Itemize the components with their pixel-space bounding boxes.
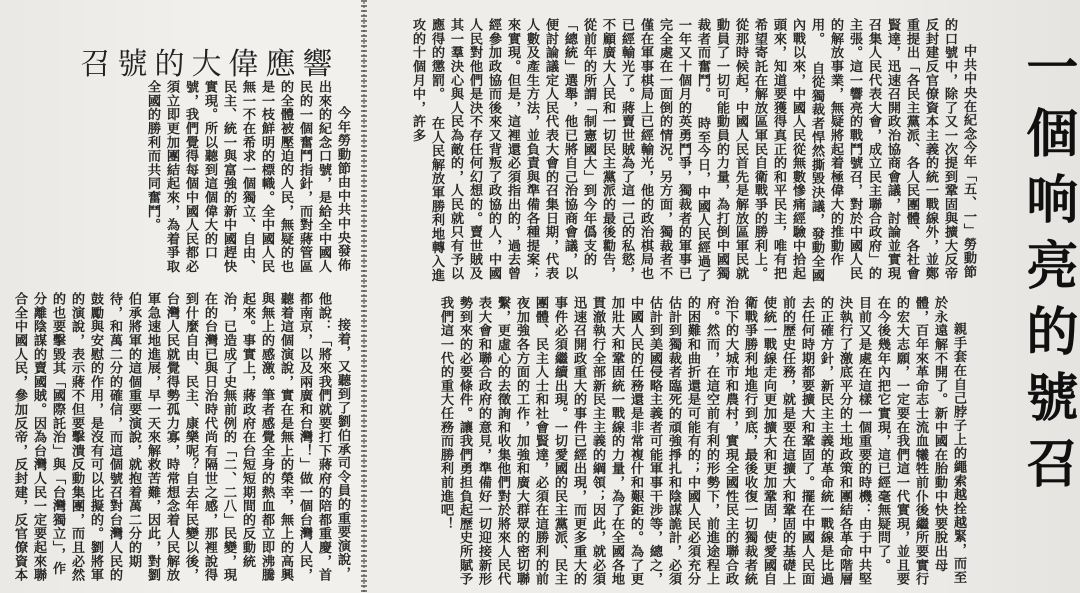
article-resounding-call: 中共中央在紀念今年「五、一」勞動節的口號中，除了又一次提到鞏固與擴大反帝反封建反…: [368, 0, 1080, 593]
article-body-upper: 今年勞動節由中共中央發佈出來的紀念口號，是給全中國人民的一個奮鬥指針，而對蔣管區…: [12, 80, 352, 285]
paragraph: 今年勞動節由中共中央發佈出來的紀念口號，是給全中國人民的一個奮鬥指針，而對蔣管區…: [143, 80, 352, 285]
paragraph: 接着，又聽到了劉伯承司令員的重要演說，他說：「將來我們就要打下蔣府的陪都重慶，首…: [12, 292, 352, 582]
paragraph: 親手套在自己脖子上的繩索越拴越緊，而至於永遠解不開了。新中國在胎動中快要脫出母體…: [436, 296, 968, 586]
article-title: 召號的大偉應響: [70, 39, 350, 83]
paragraph: 中共中央在紀念今年「五、一」勞動節的口號中，除了又一次提到鞏固與擴大反帝反封建反…: [408, 18, 978, 286]
column-divider-inner: [363, 0, 365, 593]
newspaper-page: 召號的大偉應響 今年勞動節由中共中央發佈出來的紀念口號，是給全中國人民的一個奮鬥…: [0, 0, 1080, 593]
article-respond-to-great-call: 召號的大偉應響 今年勞動節由中共中央發佈出來的紀念口號，是給全中國人民的一個奮鬥…: [0, 0, 362, 593]
article-headline: 一個响亮的號召: [1015, 40, 1080, 502]
article-body-upper: 中共中央在紀念今年「五、一」勞動節的口號中，除了又一次提到鞏固與擴大反帝反封建反…: [378, 18, 978, 286]
article-body-lower: 接着，又聽到了劉伯承司令員的重要演說，他說：「將來我們就要打下蔣府的陪都重慶，首…: [12, 292, 352, 582]
article-body-lower: 親手套在自己脖子上的繩索越拴越緊，而至於永遠解不開了。新中國在胎動中快要脫出母體…: [378, 296, 968, 586]
